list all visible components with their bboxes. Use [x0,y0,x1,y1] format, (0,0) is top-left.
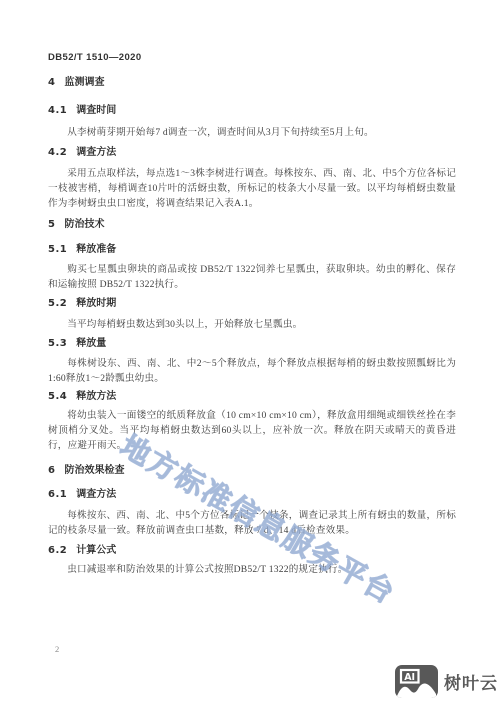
paragraph-5-2: 当平均每梢蚜虫数达到30头以上，开始释放七星瓢虫。 [48,317,456,332]
section-heading-6: 6 防治效果检查 [48,465,456,477]
section-title: 防治效果检查 [64,465,124,477]
page-number: 2 [55,644,59,654]
section-title: 调查方法 [76,147,116,159]
section-heading-6-2: 6.2 计算公式 [48,545,456,557]
section-number: 4.1 [48,105,67,117]
paragraph-6-2: 虫口减退率和防治效果的计算公式按照DB52/T 1322的规定执行。 [48,562,456,577]
section-heading-4: 4 监测调查 [48,77,456,89]
section-title: 监测调查 [64,77,104,89]
section-heading-5-3: 5.3 释放量 [48,338,456,350]
section-title: 防治技术 [64,219,104,231]
paragraph-5-4: 将幼虫装入一面镂空的纸质释放盒（10 cm×10 cm×10 cm），释放盒用细… [48,408,456,453]
section-number: 5.4 [48,391,67,403]
section-heading-6-1: 6.1 调查方法 [48,489,456,501]
brand-name: 树叶云 [444,669,498,694]
section-heading-4-1: 4.1 调查时间 [48,105,456,117]
section-title: 释放时期 [76,298,116,310]
section-number: 4.2 [48,147,67,159]
section-number: 6.1 [48,489,67,501]
section-number: 6 [48,465,55,477]
section-number: 5 [48,219,55,231]
section-heading-5-2: 5.2 释放时期 [48,298,456,310]
paragraph-4-2: 采用五点取样法，每点选1～3株李树进行调查。每株按东、西、南、北、中5个方位各标… [48,166,456,211]
document-page: DB52/T 1510—2020 4 监测调查 4.1 调查时间 从李树萌芽期开… [0,0,500,707]
section-number: 4 [48,77,55,89]
paragraph-4-1: 从李树萌芽期开始每7 d调查一次，调查时间从3月下旬持续至5月上旬。 [48,125,456,140]
paragraph-6-1: 每株按东、西、南、北、中5个方位各标记一个枝条，调查记录其上所有蚜虫的数量，所标… [48,508,456,538]
section-title: 调查时间 [76,105,116,117]
section-title: 释放量 [76,338,106,350]
standard-code-header: DB52/T 1510—2020 [48,52,456,63]
section-number: 5.2 [48,298,67,310]
logo-ai-text: AI [404,672,415,683]
section-number: 6.2 [48,545,67,557]
section-number: 5.3 [48,338,67,350]
ai-image-logo-icon: AI [395,665,438,698]
section-title: 释放方法 [76,391,116,403]
section-heading-5-1: 5.1 释放准备 [48,244,456,256]
paragraph-5-1: 购买七星瓢虫卵块的商品或按 DB52/T 1322饲养七星瓢虫，获取卵块。幼虫的… [48,262,456,292]
section-heading-4-2: 4.2 调查方法 [48,147,456,159]
brand-stamp: AI 树叶云 [395,665,498,698]
section-title: 计算公式 [76,545,116,557]
section-number: 5.1 [48,244,67,256]
section-title: 释放准备 [76,244,116,256]
section-title: 调查方法 [76,489,116,501]
section-heading-5-4: 5.4 释放方法 [48,391,456,403]
section-heading-5: 5 防治技术 [48,219,456,231]
paragraph-5-3: 每株树设东、西、南、北、中2～5个释放点，每个释放点根据每梢的蚜虫数按照瓢蚜比为… [48,356,456,386]
